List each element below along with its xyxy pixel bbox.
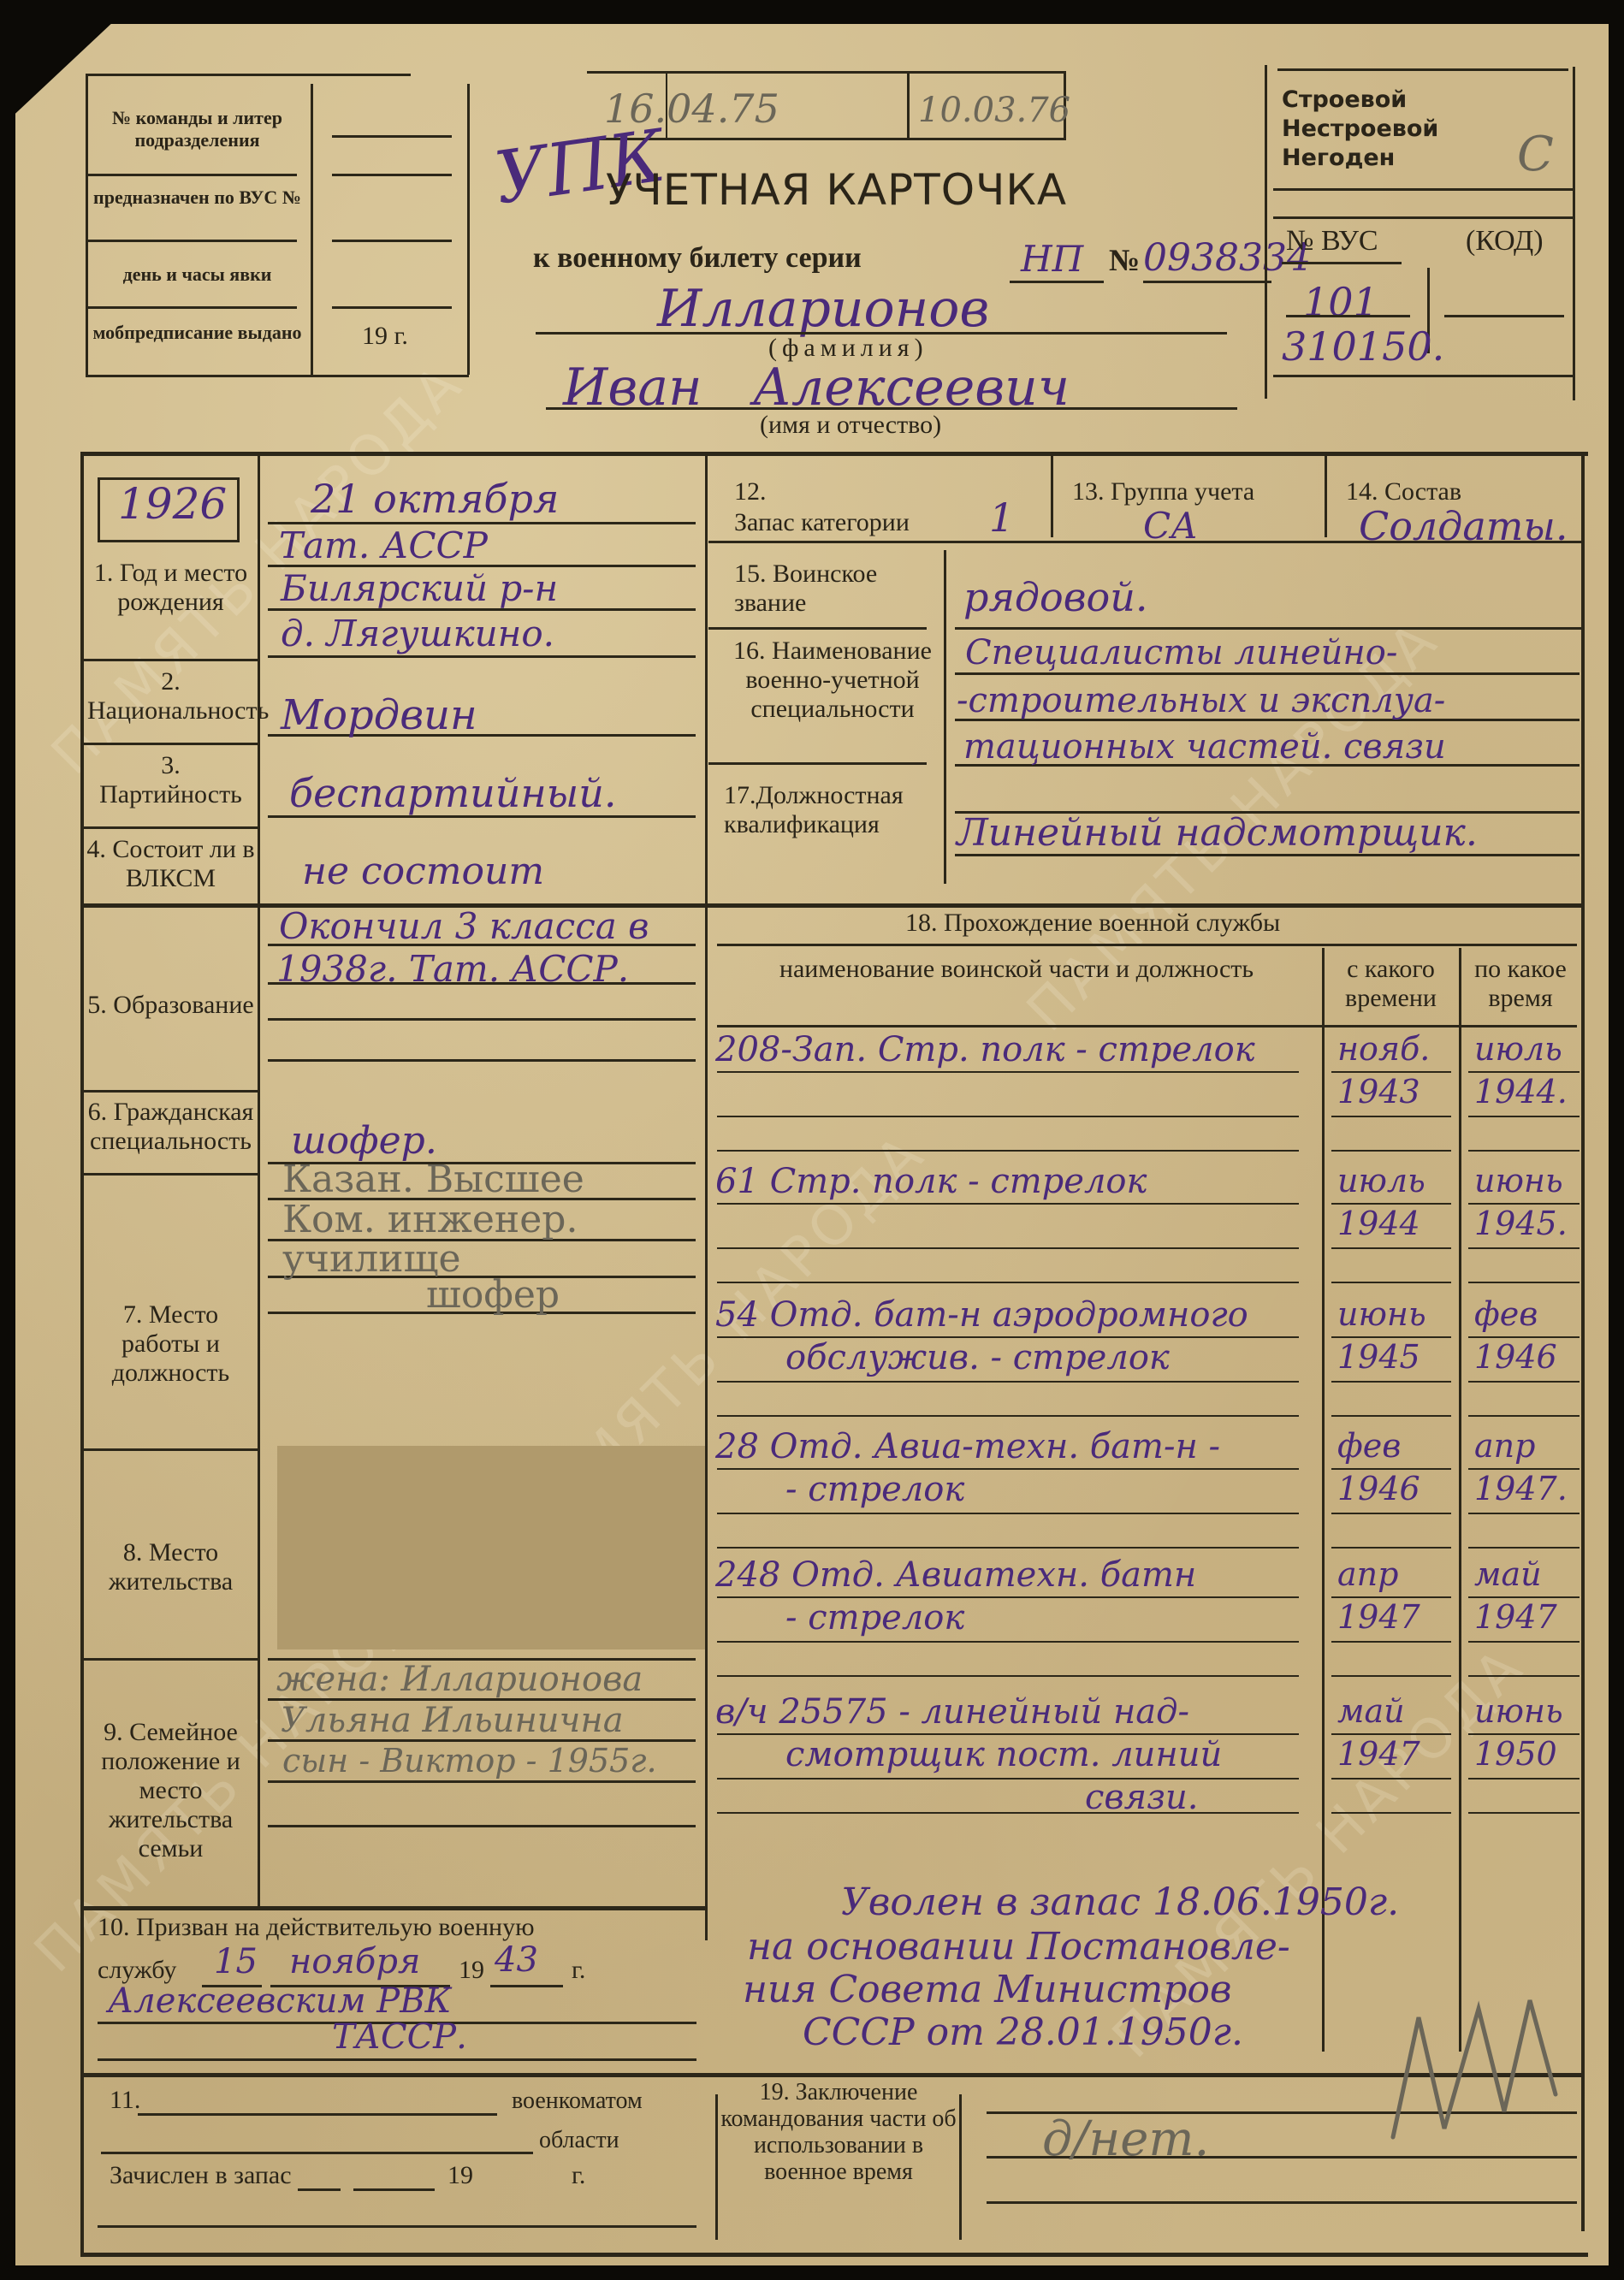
registration-card: ПАМЯТЬ НАРОДА ПАМЯТЬ НАРОДА ПАМЯТЬ НАРОД… <box>15 24 1609 2265</box>
komsomol-value: не состоит <box>302 850 544 893</box>
vus-value-2: 310150. <box>1282 323 1444 370</box>
birth-place-line-2: Билярский р-н <box>281 567 558 609</box>
service-unit-line: 54 Отд. бат-н аэродромного <box>715 1295 1248 1335</box>
specialty-line-2: -строительных и эксплуа- <box>957 681 1445 720</box>
party-value: беспартийный. <box>289 770 616 816</box>
surname-value: Илларионов <box>657 279 989 339</box>
workplace-line-1: Казан. Высшее <box>282 1158 584 1201</box>
service-from: фев <box>1337 1427 1401 1465</box>
service-to: 1946 <box>1474 1338 1557 1376</box>
birth-date-value: 21 октября <box>311 476 559 522</box>
field-16-label: 16. Наименование военно-учетной специаль… <box>722 637 943 724</box>
service-to: 1947. <box>1474 1470 1568 1507</box>
service-from: 1947 <box>1337 1598 1420 1636</box>
draft-day: 15 <box>214 1942 258 1981</box>
civil-specialty-value: шофер. <box>291 1119 437 1163</box>
fitness-mark: С <box>1517 127 1554 182</box>
page-title: УЧЕТНАЯ КАРТОЧКА <box>606 165 1067 215</box>
draft-year: 43 <box>495 1940 538 1980</box>
field-6-label: 6. Гражданская специальность <box>87 1098 254 1156</box>
draft-year-suffix: г. <box>572 1956 585 1985</box>
service-unit-line: в/ч 25575 - линейный над- <box>715 1692 1189 1732</box>
fitness-line-unfit: Негоден <box>1282 144 1438 173</box>
ticket-series: НП <box>1021 238 1083 280</box>
field-8-label: 8. Место жительства <box>87 1538 254 1596</box>
draft-month: ноября <box>289 1942 420 1981</box>
field-2-label: 2. Национальность <box>87 667 254 725</box>
service-header-to: по какое время <box>1461 955 1580 1013</box>
field-10-label: 10. Призван на действительую военную <box>98 1913 535 1942</box>
birth-year-value: 1926 <box>118 479 227 529</box>
field-14-label: 14. Состав <box>1346 477 1461 506</box>
service-to: фев <box>1474 1295 1538 1333</box>
field-19-label: 19. Заключение командования части об исп… <box>719 2079 958 2185</box>
service-from: 1943 <box>1337 1073 1420 1110</box>
family-line-2: Ульяна Ильинична <box>281 1701 624 1740</box>
field-5-label: 5. Образование <box>87 991 254 1020</box>
service-from: июль <box>1337 1162 1425 1199</box>
vus-label: № ВУС <box>1286 225 1378 258</box>
stamp-date-2: 10.03.76 <box>918 91 1070 130</box>
service-unit-line: - стрелок <box>785 1598 964 1637</box>
fitness-line-fit: Строевой <box>1282 86 1438 115</box>
specialty-line-1: Специалисты линейно- <box>965 633 1397 672</box>
service-to: июнь <box>1474 1162 1563 1199</box>
service-unit-line: 248 Отд. Авиатехн. батн <box>715 1555 1196 1595</box>
field-7-label: 7. Место работы и должность <box>87 1300 254 1388</box>
education-line-1: Окончил 3 класса в <box>279 905 649 947</box>
appearance-label: день и часы явки <box>92 264 302 286</box>
service-to: 1947 <box>1474 1598 1557 1636</box>
service-to: июнь <box>1474 1692 1563 1730</box>
name-caption: (имя и отчество) <box>760 411 941 440</box>
field-3-label: 3. Партийность <box>87 751 254 809</box>
draft-office-line-1: Алексеевским РВК <box>108 1981 452 2021</box>
service-unit-line: 28 Отд. Авиа-техн. бат-н - <box>715 1427 1220 1466</box>
qualification-value: Линейный надсмотрщик. <box>957 811 1478 855</box>
field-12-label: Запас категории <box>734 508 910 537</box>
discharge-line-4: СССР от 28.01.1950г. <box>803 2011 1243 2054</box>
vus-value-1: 101 <box>1303 279 1378 325</box>
service-from: нояб. <box>1337 1030 1430 1068</box>
service-title: 18. Прохождение военной службы <box>905 909 1280 938</box>
family-line-3: сын - Виктор - 1955г. <box>282 1742 657 1780</box>
service-header-from: с какого времени <box>1325 955 1457 1013</box>
fitness-list: Строевой Нестроевой Негоден <box>1282 86 1438 173</box>
discharge-line-3: ния Совета Министров <box>743 1968 1232 2011</box>
draft-office-line-2: ТАССР. <box>332 2017 467 2057</box>
rank-value: рядовой. <box>963 574 1147 620</box>
service-to: 1945. <box>1474 1205 1568 1242</box>
mob-order-year: 19 г. <box>362 322 408 351</box>
workplace-line-4: шофер <box>426 1273 560 1317</box>
service-from: 1946 <box>1337 1470 1420 1507</box>
service-to: июль <box>1474 1030 1562 1068</box>
field-17-label: 17.Должностная квалификация <box>724 781 945 839</box>
service-from: 1945 <box>1337 1338 1420 1376</box>
team-label: № команды и литер подразделения <box>92 107 302 151</box>
number-sign: № <box>1109 242 1140 278</box>
field-12-number: 12. <box>734 477 767 506</box>
family-line-1: жена: Илларионова <box>276 1660 643 1699</box>
field-1-label: 1. Год и место рождения <box>87 559 254 617</box>
service-from: июнь <box>1337 1295 1426 1333</box>
service-from: 1944 <box>1337 1205 1420 1242</box>
ticket-prefix: к военному билету серии <box>533 242 862 275</box>
field-11-label: 11. <box>110 2086 140 2115</box>
service-to: апр <box>1474 1427 1535 1465</box>
specialty-line-3: тационных частей. связи <box>963 727 1446 767</box>
draft-year-prefix: 19 <box>459 1956 484 1985</box>
service-unit-line: - стрелок <box>785 1470 964 1509</box>
service-unit-line: 208-Зап. Стр. полк - стрелок <box>715 1030 1255 1069</box>
discharge-line-2: на основании Постановле- <box>747 1925 1290 1969</box>
reserve-year-prefix: 19 <box>447 2161 473 2190</box>
field-10-label-2: службу <box>98 1956 176 1985</box>
service-unit-line: смотрщик пост. линий <box>785 1735 1222 1774</box>
service-to: 1950 <box>1474 1735 1557 1773</box>
code-label: (КОД) <box>1466 225 1544 258</box>
oblast-label: области <box>539 2127 619 2154</box>
service-header-unit: наименование воинской части и должность <box>768 955 1265 984</box>
education-line-2: 1938г. Тат. АССР. <box>276 948 629 990</box>
field-4-label: 4. Состоит ли в ВЛКСМ <box>84 835 258 893</box>
service-unit-line: 61 Стр. полк - стрелок <box>715 1162 1147 1201</box>
field-15-label: 15. Воинское звание <box>734 560 939 618</box>
workplace-line-2: Ком. инженер. <box>282 1198 578 1241</box>
voenkomat-label: военкоматом <box>512 2088 643 2115</box>
birth-place-line-3: д. Лягушкино. <box>281 613 554 654</box>
birth-place-line-1: Тат. АССР <box>279 524 488 566</box>
account-group-value: СА <box>1143 505 1198 547</box>
fitness-line-limited: Нестроевой <box>1282 115 1438 144</box>
nationality-value: Мордвин <box>281 691 477 739</box>
field-9-label: 9. Семейное положение и место жительства… <box>84 1718 258 1863</box>
service-to: 1944. <box>1474 1073 1568 1110</box>
reserve-category-value: 1 <box>989 494 1014 541</box>
reserve-label: Зачислен в запас <box>110 2161 292 2190</box>
service-to: май <box>1474 1555 1542 1593</box>
service-from: май <box>1337 1692 1405 1730</box>
signature-icon <box>1384 1983 1581 2154</box>
residence-redacted-area <box>277 1446 705 1649</box>
reserve-year-suffix: г. <box>572 2161 585 2190</box>
service-from: 1947 <box>1337 1735 1420 1773</box>
service-unit-line: обслужив. - стрелок <box>785 1338 1170 1377</box>
vus-assigned-label: предназначен по ВУС № <box>92 187 302 209</box>
service-from: апр <box>1337 1555 1398 1593</box>
composition-value: Солдаты. <box>1359 503 1568 549</box>
discharge-line-1: Уволен в запас 18.06.1950г. <box>841 1880 1399 1924</box>
conclusion-value: д/нет. <box>1042 2111 1209 2167</box>
field-13-label: 13. Группа учета <box>1072 477 1254 506</box>
mob-order-label: мобпредписание выдано <box>92 322 302 344</box>
